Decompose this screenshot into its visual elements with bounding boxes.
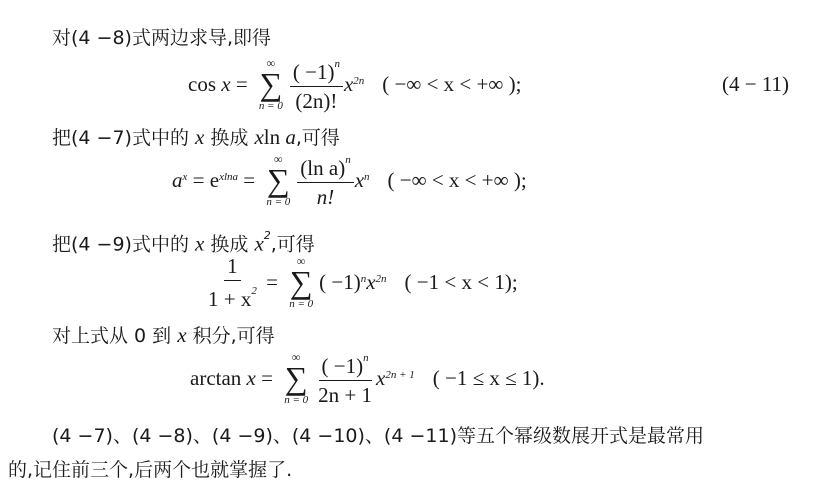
variable: x [221, 72, 230, 97]
condition: ( −1 ≤ x ≤ 1). [433, 366, 545, 391]
condition: ( −∞ < x < +∞ ); [388, 168, 527, 193]
condition: ( −∞ < x < +∞ ); [382, 72, 521, 97]
equation-exponential-series: ax = exlna = ∞ ∑ n = 0 (ln a)n n! xn ( −… [172, 152, 527, 209]
text-line-derivative: 对(4 −8)式两边求导,即得 [52, 26, 271, 50]
equation-geometric-series: 1 1 + x2 = ∞ ∑ n = 0 ( −1)nx2n ( −1 < x … [204, 254, 518, 311]
fraction: 1 1 + x2 [205, 254, 260, 311]
summation: ∞ ∑ n = 0 [289, 255, 313, 310]
text-line-summary: (4 −7)、(4 −8)、(4 −9)、(4 −10)、(4 −11)等五个幂… [52, 424, 704, 448]
summation: ∞ ∑ n = 0 [284, 351, 308, 406]
function-name: cos [188, 72, 216, 97]
sigma-icon: ∑ [290, 267, 313, 297]
sigma-icon: ∑ [267, 165, 290, 195]
equation-number: (4 − 11) [722, 72, 789, 97]
fraction: (ln a)n n! [297, 152, 353, 209]
text: 对(4 −8)式两边求导,即得 [52, 27, 271, 49]
text-line-substitute-xlna: 把(4 −7)式中的 x 换成 xln a,可得 [52, 125, 340, 150]
summation: ∞ ∑ n = 0 [266, 153, 290, 208]
summation: ∞ ∑ n = 0 [259, 57, 283, 112]
condition: ( −1 < x < 1); [405, 270, 518, 295]
text-line-integrate: 对上式从 0 到 x 积分,可得 [52, 323, 275, 348]
sigma-icon: ∑ [285, 363, 308, 393]
text-line-summary-cont: 的,记住前三个,后两个也就掌握了. [8, 458, 292, 482]
sigma-icon: ∑ [259, 69, 282, 99]
text-line-substitute-x2: 把(4 −9)式中的 x 换成 x2,可得 [52, 228, 315, 256]
equation-cos-series: cos x = ∞ ∑ n = 0 ( −1)n (2n)! x2n ( −∞ … [188, 56, 521, 113]
fraction: ( −1)n 2n + 1 [315, 350, 375, 407]
fraction: ( −1)n (2n)! [290, 56, 343, 113]
equation-arctan-series: arctan x = ∞ ∑ n = 0 ( −1)n 2n + 1 x2n +… [190, 350, 545, 407]
